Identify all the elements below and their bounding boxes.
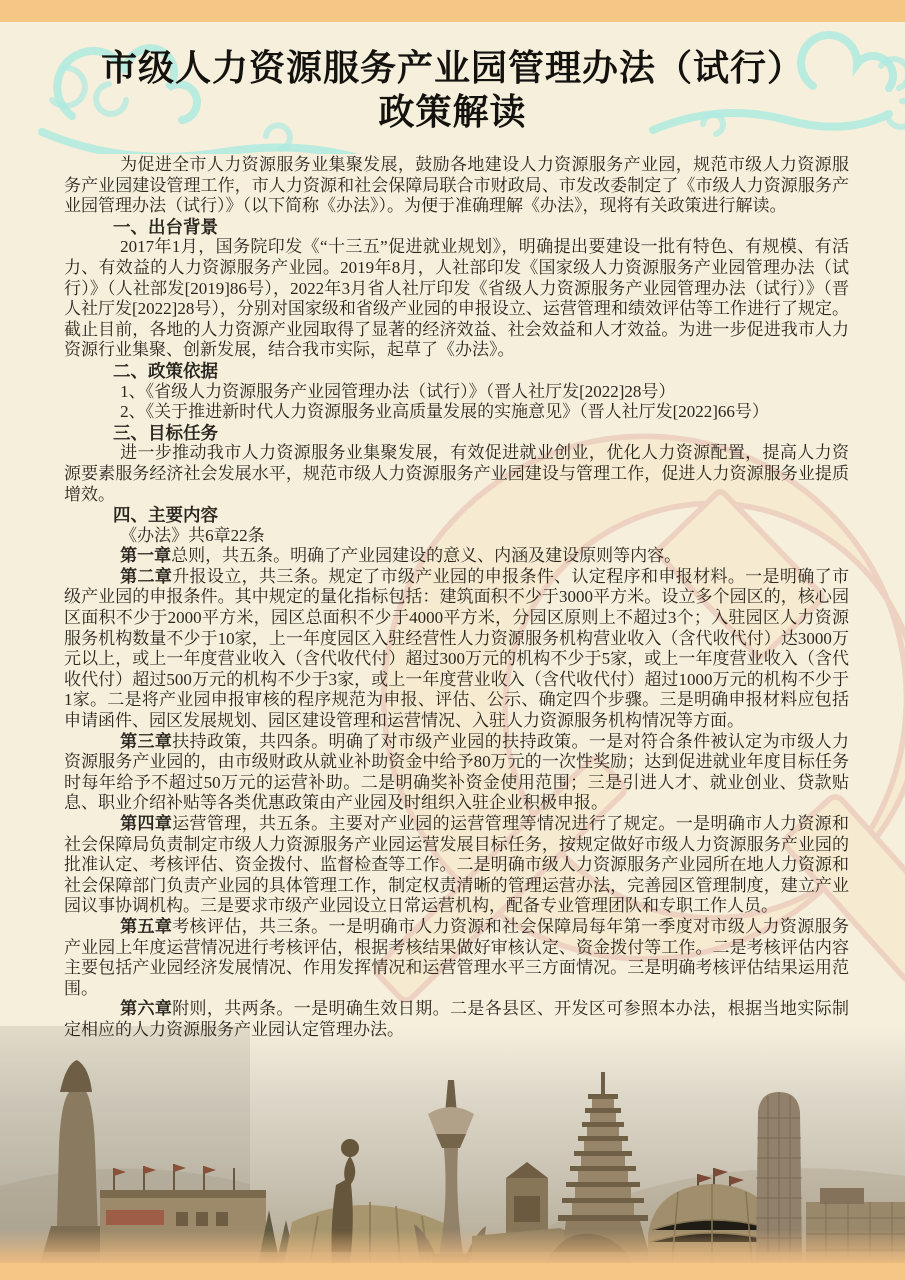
goals-paragraph: 进一步推动我市人力资源服务业集聚发展，有效促进就业创业，优化人力资源配置，提高人… — [64, 443, 849, 505]
chapter-6-paragraph: 第六章附则，共两条。一是明确生效日期。二是各县区、开发区可参照本办法，根据当地实… — [64, 999, 849, 1040]
intro-paragraph: 为促进全市人力资源服务业集聚发展，鼓励各地建设人力资源服务产业园，规范市级人力资… — [64, 155, 849, 217]
chapter-2-text: 升报设立，共三条。规定了市级产业园的申报条件、认定程序和申报材料。一是明确了市级… — [64, 567, 849, 730]
chapter-6-text: 附则，共两条。一是明确生效日期。二是各县区、开发区可参照本办法，根据当地实际制定… — [64, 999, 849, 1039]
document-content: 市级人力资源服务产业园管理办法（试行） 政策解读 为促进全市人力资源服务业集聚发… — [0, 22, 905, 1041]
policy-document-page: 市级人力资源服务产业园管理办法（试行） 政策解读 为促进全市人力资源服务业集聚发… — [0, 0, 905, 1280]
chapter-3-paragraph: 第三章扶持政策，共四条。明确了对市级产业园的扶持政策。一是对符合条件被认定为市级… — [64, 732, 849, 814]
section-heading-background: 一、出台背景 — [64, 217, 849, 238]
chapter-1-paragraph: 第一章总则，共五条。明确了产业园建设的意义、内涵及建设原则等内容。 — [64, 546, 849, 567]
chapter-3-text: 扶持政策，共四条。明确了对市级产业园的扶持政策。一是对符合条件被认定为市级人力资… — [64, 732, 849, 813]
section-heading-goals: 三、目标任务 — [64, 423, 849, 444]
background-paragraph: 2017年1月，国务院印发《“十三五”促进就业规划》，明确提出要建设一批有特色、… — [64, 237, 849, 361]
chapter-5-label: 第五章 — [120, 917, 172, 936]
policy-basis-item-2: 2、《关于推进新时代人力资源服务业高质量发展的实施意见》（晋人社厅发[2022]… — [64, 402, 849, 423]
chapter-4-text: 运营管理，共五条。主要对产业园的运营管理等情况进行了规定。一是明确市人力资源和社… — [64, 814, 849, 915]
chapter-1-text: 总则，共五条。明确了产业园建设的意义、内涵及建设原则等内容。 — [171, 546, 681, 565]
chapter-count-line: 《办法》共6章22条 — [64, 526, 849, 547]
city-skyline-image — [0, 1026, 905, 1264]
chapter-4-paragraph: 第四章运营管理，共五条。主要对产业园的运营管理等情况进行了规定。一是明确市人力资… — [64, 814, 849, 917]
document-body: 为促进全市人力资源服务业集聚发展，鼓励各地建设人力资源服务产业园，规范市级人力资… — [64, 155, 849, 1041]
chapter-6-label: 第六章 — [120, 999, 172, 1018]
chapter-2-label: 第二章 — [120, 567, 172, 586]
bottom-orange-band — [0, 1263, 905, 1280]
top-orange-band — [0, 0, 905, 22]
chapter-1-label: 第一章 — [120, 546, 171, 565]
chapter-2-paragraph: 第二章升报设立，共三条。规定了市级产业园的申报条件、认定程序和申报材料。一是明确… — [64, 567, 849, 732]
section-heading-main-content: 四、主要内容 — [64, 505, 849, 526]
policy-basis-item-1: 1、《省级人力资源服务产业园管理办法（试行）》（晋人社厅发[2022]28号） — [64, 382, 849, 403]
chapter-3-label: 第三章 — [120, 732, 172, 751]
page-title-line1: 市级人力资源服务产业园管理办法（试行） — [10, 46, 895, 90]
page-title-line2: 政策解读 — [10, 90, 895, 134]
section-heading-policy-basis: 二、政策依据 — [64, 361, 849, 382]
chapter-5-paragraph: 第五章考核评估，共三条。一是明确市人力资源和社会保障局每年第一季度对市级人力资源… — [64, 917, 849, 999]
chapter-4-label: 第四章 — [120, 814, 172, 833]
page-title: 市级人力资源服务产业园管理办法（试行） 政策解读 — [10, 46, 895, 134]
chapter-5-text: 考核评估，共三条。一是明确市人力资源和社会保障局每年第一季度对市级人力资源服务产… — [64, 917, 849, 998]
